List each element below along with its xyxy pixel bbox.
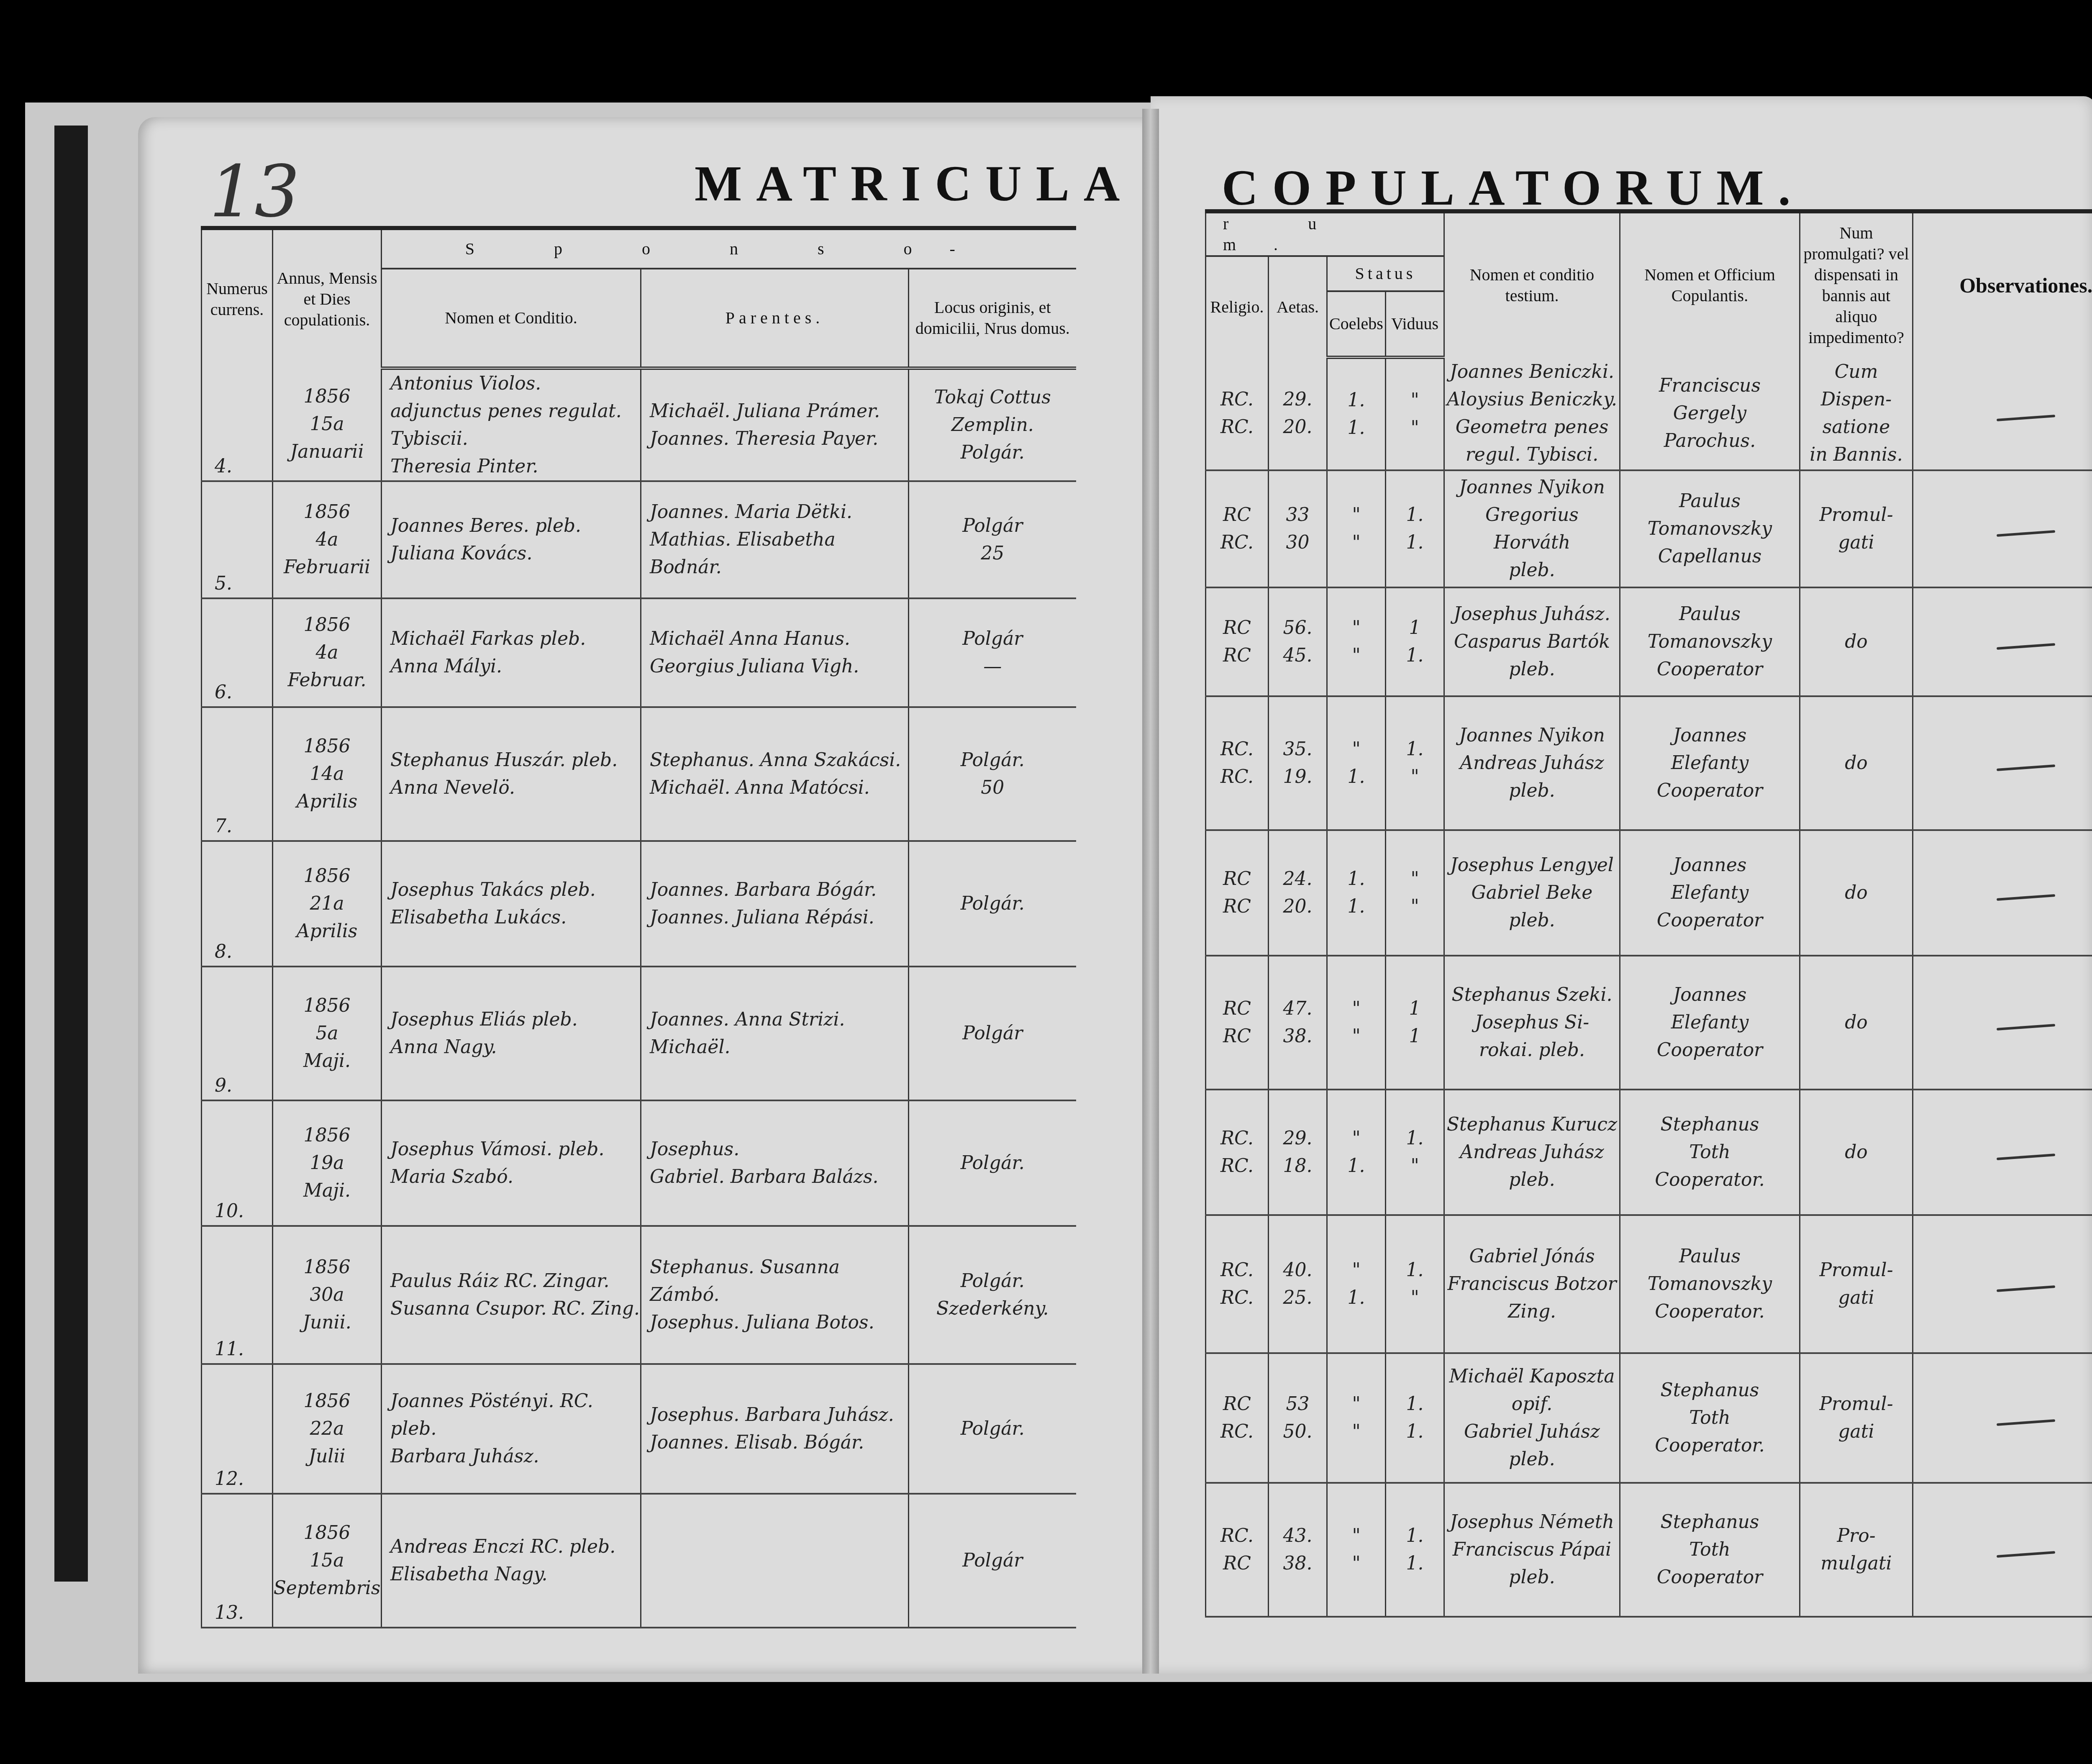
coelebs-line-stack: 1.1. xyxy=(1328,387,1385,442)
banns-line-stack: Pro-mulgati xyxy=(1800,1522,1912,1577)
witness-cell: Joannes Beniczki.Aloysius Beniczky.Geome… xyxy=(1444,357,1620,470)
officiant-line: Capellanus xyxy=(1620,543,1799,570)
table-row: RC.RC.35.19."1.1."Joannes NyikonAndreas … xyxy=(1206,696,2092,830)
table-row: RC.RC.29.20.1.1.""Joannes Beniczki.Aloys… xyxy=(1206,357,2092,470)
spouse-name: Stephanus Huszár. pleb. xyxy=(390,746,640,774)
banns-line-stack: do xyxy=(1800,1009,1912,1036)
col-header-date: Annus, Mensis et Dies copulationis. xyxy=(273,228,382,368)
register-table-right: r u m. Nomen et conditio testium. Nomen … xyxy=(1205,209,2092,1618)
parent-line: Michaël. Anna Matócsi. xyxy=(650,774,908,802)
coelebs-cell: "" xyxy=(1327,1483,1386,1617)
religio-line-stack: RCRC xyxy=(1206,995,1268,1050)
banns-line: do xyxy=(1800,879,1912,907)
spouse-name: Paulus Ráiz RC. Zingar. xyxy=(390,1267,640,1295)
age-line: 20. xyxy=(1269,413,1326,441)
locus-line-stack: Polgár xyxy=(909,1547,1076,1574)
date-part: 1856 xyxy=(273,862,381,890)
officiant-line-stack: JoannesElefantyCooperator xyxy=(1620,722,1799,805)
coelebs-line-stack: "" xyxy=(1328,501,1385,556)
parent-line: Joannes. Juliana Répási. xyxy=(650,904,908,931)
banns-cell: Promul-gati xyxy=(1800,1215,1913,1353)
banns-line: do xyxy=(1800,1009,1912,1036)
spouse-name-stack: Joannes Pöstényi. RC. pleb.Barbara Juhás… xyxy=(390,1387,640,1470)
col-header-locus: Locus originis, et domicilii, Nrus domus… xyxy=(909,269,1076,368)
spouse-name-stack: Andreas Enczi RC. pleb.Elisabetha Nagy. xyxy=(390,1533,640,1588)
parent-line-stack: Stephanus. Anna Szakácsi.Michaël. Anna M… xyxy=(650,746,908,802)
witness-line-stack: Josephus Juhász.Casparus Bartókpleb. xyxy=(1445,600,1619,683)
age-line: 35. xyxy=(1269,736,1326,763)
table-row: RC.RC.29.18."1.1."Stephanus KuruczAndrea… xyxy=(1206,1090,2092,1215)
coelebs-line: 1. xyxy=(1328,1152,1385,1180)
col-header-coelebs: Coelebs xyxy=(1327,291,1386,357)
coelebs-line: " xyxy=(1328,614,1385,642)
table-row: 5.18564aFebruariiJoannes Beres. pleb.Jul… xyxy=(202,481,1076,598)
observation-dash xyxy=(1997,1285,2055,1292)
locus-line: 50 xyxy=(909,774,1076,802)
religio-cell: RCRC xyxy=(1206,956,1269,1090)
age-cell: 24.20. xyxy=(1269,830,1327,956)
viduus-cell: 1.1. xyxy=(1386,1353,1444,1483)
officiant-line: Joannes xyxy=(1620,981,1799,1009)
col-header-testium: Nomen et conditio testium. xyxy=(1444,211,1620,357)
religio-line-stack: RCRC xyxy=(1206,865,1268,920)
viduus-line: 1. xyxy=(1386,642,1443,669)
col-header-status: Status xyxy=(1327,256,1444,291)
age-line-stack: 43.38. xyxy=(1269,1522,1326,1577)
religio-cell: RC.RC xyxy=(1206,1483,1269,1617)
group-header-rum: r u m. xyxy=(1206,211,1444,256)
locus-origin: Polgár xyxy=(909,967,1076,1100)
date-part: Januarii xyxy=(273,438,381,466)
date-part: Februar. xyxy=(273,667,381,694)
officiant-line-stack: StephanusTothCooperator xyxy=(1620,1508,1799,1591)
officiant-line: Cooperator xyxy=(1620,656,1799,683)
officiant-cell: FranciscusGergelyParochus. xyxy=(1620,357,1800,470)
witness-line: pleb. xyxy=(1445,907,1619,934)
spouse-name: Andreas Enczi RC. pleb. xyxy=(390,1533,640,1561)
viduus-line: 1. xyxy=(1386,736,1443,763)
spouse-name: Elisabetha Nagy. xyxy=(390,1561,640,1588)
locus-line: Szederkény. xyxy=(909,1295,1076,1323)
spouse-name: Josephus Vámosi. pleb. xyxy=(390,1136,640,1163)
date-part: 22a xyxy=(273,1415,381,1443)
spouse-name-stack: Antonius Violos.adjunctus penes regulat.… xyxy=(390,370,640,480)
observation-dash xyxy=(1997,415,2055,421)
religio-cell: RCRC. xyxy=(1206,470,1269,587)
spouse-name: Theresia Pinter. xyxy=(390,453,640,480)
coelebs-line: " xyxy=(1328,995,1385,1023)
date-part: Julii xyxy=(273,1443,381,1470)
age-line: 20. xyxy=(1269,893,1326,920)
banns-line: Pro- xyxy=(1800,1522,1912,1550)
banns-line: gati xyxy=(1800,529,1912,556)
parent-line: Stephanus. Anna Szakácsi. xyxy=(650,746,908,774)
date-part: 1856 xyxy=(273,1519,381,1547)
religio-line: RC. xyxy=(1206,1522,1268,1550)
age-line: 25. xyxy=(1269,1284,1326,1312)
officiant-cell: PaulusTomanovszkyCapellanus xyxy=(1620,470,1800,587)
table-row: 12.185622aJuliiJoannes Pöstényi. RC. ple… xyxy=(202,1364,1076,1494)
date-part: 15a xyxy=(273,1547,381,1574)
witness-line: Michaël Kaposzta xyxy=(1445,1363,1619,1390)
observation-dash xyxy=(1997,764,2055,771)
date-part: 19a xyxy=(273,1149,381,1177)
date-part: 1856 xyxy=(273,733,381,760)
officiant-line-stack: StephanusTothCooperator. xyxy=(1620,1111,1799,1194)
entry-number: 4. xyxy=(202,368,273,481)
parents: Joannes. Anna Strizi.Michaël. xyxy=(641,967,909,1100)
entry-number-text: 13. xyxy=(215,1602,244,1623)
marriage-date: 185614aAprilis xyxy=(273,707,382,841)
date-part-stack: 18564aFebruar. xyxy=(273,611,381,694)
observation-cell xyxy=(1913,830,2092,956)
witness-line: opif. xyxy=(1445,1390,1619,1418)
banns-line: Cum xyxy=(1800,358,1912,386)
entry-number-text: 11. xyxy=(215,1338,244,1360)
witness-cell: Michaël Kaposztaopif.Gabriel Juhászpleb. xyxy=(1444,1353,1620,1483)
parents: Joannes. Barbara Bógár.Joannes. Juliana … xyxy=(641,841,909,967)
spouse-name-stack: Michaël Farkas pleb.Anna Mályi. xyxy=(390,625,640,680)
viduus-line-stack: 1.1. xyxy=(1386,1522,1443,1577)
viduus-line-stack: "" xyxy=(1386,387,1443,442)
officiant-cell: StephanusTothCooperator. xyxy=(1620,1090,1800,1215)
entry-number: 12. xyxy=(202,1364,273,1494)
age-cell: 5350. xyxy=(1269,1353,1327,1483)
parent-line: Michaël. Juliana Prámer. xyxy=(650,397,908,425)
age-line: 56. xyxy=(1269,614,1326,642)
col-header-nomen: Nomen et Conditio. xyxy=(382,269,641,368)
viduus-line: 1. xyxy=(1386,1550,1443,1577)
banns-cell: do xyxy=(1800,1090,1913,1215)
religio-line: RC xyxy=(1206,893,1268,920)
spouse-names: Paulus Ráiz RC. Zingar.Susanna Csupor. R… xyxy=(382,1226,641,1364)
locus-origin: Tokaj Cottus Zemplin.Polgár. xyxy=(909,368,1076,481)
witness-line: Gabriel Juhász xyxy=(1445,1418,1619,1446)
witness-line: Stephanus Szeki. xyxy=(1445,981,1619,1009)
viduus-cell: 1." xyxy=(1386,696,1444,830)
table-row: RCRC24.20.1.1.""Josephus LengyelGabriel … xyxy=(1206,830,2092,956)
entry-number-text: 4. xyxy=(215,456,232,477)
officiant-cell: JoannesElefantyCooperator xyxy=(1620,956,1800,1090)
age-line: 38. xyxy=(1269,1550,1326,1577)
parent-line-stack: Stephanus. Susanna Zámbó.Josephus. Julia… xyxy=(650,1254,908,1336)
viduus-line: " xyxy=(1386,387,1443,414)
age-cell: 29.20. xyxy=(1269,357,1327,470)
parent-line: Michaël Anna Hanus. xyxy=(650,625,908,653)
observation-dash xyxy=(1997,1419,2055,1426)
religio-cell: RC.RC. xyxy=(1206,696,1269,830)
religio-cell: RCRC xyxy=(1206,830,1269,956)
religio-line-stack: RCRC. xyxy=(1206,501,1268,556)
banns-cell: do xyxy=(1800,587,1913,696)
officiant-cell: PaulusTomanovszkyCooperator xyxy=(1620,587,1800,696)
table-row: 9.18565aMaji.Josephus Eliás pleb.Anna Na… xyxy=(202,967,1076,1100)
age-line-stack: 47.38. xyxy=(1269,995,1326,1050)
age-line: 19. xyxy=(1269,763,1326,791)
parents xyxy=(641,1494,909,1628)
locus-line-stack: Polgár.50 xyxy=(909,746,1076,802)
observation-dash xyxy=(1997,894,2055,901)
spouse-names: Josephus Vámosi. pleb.Maria Szabó. xyxy=(382,1100,641,1226)
viduus-line-stack: "" xyxy=(1386,865,1443,920)
age-line: 50. xyxy=(1269,1418,1326,1446)
age-cell: 47.38. xyxy=(1269,956,1327,1090)
religio-line-stack: RC.RC. xyxy=(1206,1256,1268,1312)
coelebs-cell: "1. xyxy=(1327,696,1386,830)
religio-line: RC xyxy=(1206,995,1268,1023)
witness-line: Aloysius Beniczky. xyxy=(1445,386,1619,413)
date-part-stack: 185615aJanuarii xyxy=(273,383,381,466)
date-part-stack: 185615aSeptembris xyxy=(273,1519,381,1602)
locus-line-stack: Polgár. xyxy=(909,890,1076,918)
coelebs-line-stack: 1.1. xyxy=(1328,865,1385,920)
coelebs-line-stack: "" xyxy=(1328,995,1385,1050)
marriage-date: 185619aMaji. xyxy=(273,1100,382,1226)
spouse-names: Stephanus Huszár. pleb.Anna Nevelö. xyxy=(382,707,641,841)
religio-cell: RCRC. xyxy=(1206,1353,1269,1483)
locus-line: Polgár xyxy=(909,512,1076,540)
age-cell: 3330 xyxy=(1269,470,1327,587)
viduus-line: 1. xyxy=(1386,1522,1443,1550)
spouse-name-stack: Josephus Takács pleb.Elisabetha Lukács. xyxy=(390,876,640,931)
parent-line-stack: Josephus. Barbara Juhász.Joannes. Elisab… xyxy=(650,1401,908,1456)
viduus-cell: "" xyxy=(1386,357,1444,470)
date-part: 1856 xyxy=(273,1387,381,1415)
locus-line-stack: Polgár— xyxy=(909,625,1076,680)
locus-origin: Polgár.Szederkény. xyxy=(909,1226,1076,1364)
spouse-name: Josephus Takács pleb. xyxy=(390,876,640,904)
parent-line: Joannes. Maria Dëtki. xyxy=(650,498,908,526)
observation-dash xyxy=(1997,1024,2055,1031)
witness-line: Josephus Juhász. xyxy=(1445,600,1619,628)
witness-line-stack: Stephanus KuruczAndreas Juhászpleb. xyxy=(1445,1111,1619,1194)
date-part: 14a xyxy=(273,760,381,788)
viduus-cell: 1.1. xyxy=(1386,470,1444,587)
col-header-aetas: Aetas. xyxy=(1269,256,1327,357)
date-part: 1856 xyxy=(273,1254,381,1281)
parent-line: Gabriel. Barbara Balázs. xyxy=(650,1163,908,1191)
age-line-stack: 24.20. xyxy=(1269,865,1326,920)
locus-line: Polgár xyxy=(909,1547,1076,1574)
coelebs-line: " xyxy=(1328,642,1385,669)
coelebs-cell: 1.1. xyxy=(1327,357,1386,470)
parents: Michaël Anna Hanus.Georgius Juliana Vigh… xyxy=(641,598,909,707)
religio-line: RC. xyxy=(1206,1125,1268,1152)
scan-bottom-margin xyxy=(0,1682,2092,1764)
table-row: RCRC.3330""1.1.Joannes NyikonGregorius H… xyxy=(1206,470,2092,587)
table-row: 7.185614aAprilisStephanus Huszár. pleb.A… xyxy=(202,707,1076,841)
banns-line-stack: do xyxy=(1800,628,1912,656)
witness-line-stack: Joannes Beniczki.Aloysius Beniczky.Geome… xyxy=(1445,358,1619,469)
banns-line: gati xyxy=(1800,1418,1912,1446)
age-line: 45. xyxy=(1269,642,1326,669)
witness-line-stack: Josephus LengyelGabriel Bekepleb. xyxy=(1445,851,1619,934)
locus-origin: Polgár. xyxy=(909,1364,1076,1494)
viduus-cell: 1.1. xyxy=(1386,1483,1444,1617)
banns-line: Dispen- xyxy=(1800,386,1912,413)
banns-line: do xyxy=(1800,628,1912,656)
religio-line: RC. xyxy=(1206,1152,1268,1180)
coelebs-line: 1. xyxy=(1328,1284,1385,1312)
officiant-line: Stephanus xyxy=(1620,1111,1799,1138)
spouse-names: Joannes Beres. pleb.Juliana Kovács. xyxy=(382,481,641,598)
officiant-line: Cooperator. xyxy=(1620,1432,1799,1459)
spouse-name: Elisabetha Lukács. xyxy=(390,904,640,931)
viduus-line-stack: 1.1. xyxy=(1386,501,1443,556)
col-header-numerus: Numerus currens. xyxy=(202,228,273,368)
age-line-stack: 35.19. xyxy=(1269,736,1326,791)
table-row: 4.185615aJanuariiAntonius Violos.adjunct… xyxy=(202,368,1076,481)
religio-line: RC. xyxy=(1206,386,1268,413)
officiant-line-stack: PaulusTomanovszkyCooperator xyxy=(1620,600,1799,683)
col-header-parentes: Parentes. xyxy=(641,269,909,368)
date-part: 21a xyxy=(273,890,381,918)
viduus-line: 1. xyxy=(1386,529,1443,556)
viduus-line: 1. xyxy=(1386,501,1443,529)
entry-number-text: 10. xyxy=(215,1200,244,1222)
entry-number-text: 8. xyxy=(215,941,232,962)
witness-line: Zing. xyxy=(1445,1298,1619,1326)
date-part: Junii. xyxy=(273,1309,381,1336)
witness-line: Josephus Lengyel xyxy=(1445,851,1619,879)
viduus-line: 1 xyxy=(1386,1023,1443,1050)
observation-dash xyxy=(1997,530,2055,537)
date-part: Aprilis xyxy=(273,918,381,945)
coelebs-cell: 1.1. xyxy=(1327,830,1386,956)
coelebs-line-stack: "" xyxy=(1328,1522,1385,1577)
age-line: 24. xyxy=(1269,865,1326,893)
spouse-name-stack: Paulus Ráiz RC. Zingar.Susanna Csupor. R… xyxy=(390,1267,640,1323)
date-part-stack: 185619aMaji. xyxy=(273,1122,381,1205)
entry-number-text: 6. xyxy=(215,682,232,703)
witness-line-stack: Stephanus Szeki.Josephus Si-rokai. pleb. xyxy=(1445,981,1619,1064)
coelebs-cell: "" xyxy=(1327,956,1386,1090)
officiant-line-stack: JoannesElefantyCooperator xyxy=(1620,851,1799,934)
date-part: 1856 xyxy=(273,498,381,526)
parent-line: Stephanus. Susanna Zámbó. xyxy=(650,1254,908,1309)
banns-line-stack: do xyxy=(1800,1138,1912,1166)
table-row: 13.185615aSeptembrisAndreas Enczi RC. pl… xyxy=(202,1494,1076,1628)
date-part: 30a xyxy=(273,1281,381,1309)
observation-cell xyxy=(1913,956,2092,1090)
col-header-religio: Religio. xyxy=(1206,256,1269,357)
coelebs-line-stack: "" xyxy=(1328,1390,1385,1446)
officiant-line: Joannes xyxy=(1620,851,1799,879)
officiant-line: Tomanovszky xyxy=(1620,628,1799,656)
viduus-line: " xyxy=(1386,1284,1443,1312)
spouse-name: Antonius Violos. xyxy=(390,370,640,397)
witness-line: pleb. xyxy=(1445,556,1619,584)
age-line-stack: 3330 xyxy=(1269,501,1326,556)
religio-cell: RC.RC. xyxy=(1206,1090,1269,1215)
spouse-names: Antonius Violos.adjunctus penes regulat.… xyxy=(382,368,641,481)
viduus-line-stack: 1." xyxy=(1386,1125,1443,1180)
locus-line-stack: Polgár xyxy=(909,1020,1076,1047)
spouse-name: Josephus Eliás pleb. xyxy=(390,1006,640,1033)
officiant-line: Toth xyxy=(1620,1138,1799,1166)
book-gutter xyxy=(1142,109,1159,1674)
viduus-cell: 1." xyxy=(1386,1090,1444,1215)
witness-cell: Josephus LengyelGabriel Bekepleb. xyxy=(1444,830,1620,956)
viduus-line: 1. xyxy=(1386,1418,1443,1446)
banns-line-stack: do xyxy=(1800,879,1912,907)
religio-line: RC. xyxy=(1206,763,1268,791)
witness-line: Joannes Beniczki. xyxy=(1445,358,1619,386)
coelebs-cell: "" xyxy=(1327,587,1386,696)
locus-origin: Polgár.50 xyxy=(909,707,1076,841)
parent-line: Georgius Juliana Vigh. xyxy=(650,653,908,680)
parent-line-stack: Michaël. Juliana Prámer.Joannes. Theresi… xyxy=(650,397,908,453)
spouse-name-stack: Stephanus Huszár. pleb.Anna Nevelö. xyxy=(390,746,640,802)
col-header-viduus: Viduus xyxy=(1386,291,1444,357)
date-part: Maji. xyxy=(273,1177,381,1205)
age-line: 38. xyxy=(1269,1023,1326,1050)
religio-cell: RC.RC. xyxy=(1206,357,1269,470)
witness-line: Andreas Juhász xyxy=(1445,749,1619,777)
witness-line: Stephanus Kurucz xyxy=(1445,1111,1619,1138)
age-line: 53 xyxy=(1269,1390,1326,1418)
age-line-stack: 29.20. xyxy=(1269,386,1326,441)
entry-number: 10. xyxy=(202,1100,273,1226)
age-line: 30 xyxy=(1269,529,1326,556)
witness-line: Franciscus Pápai xyxy=(1445,1536,1619,1564)
page-number: 13 xyxy=(209,151,300,233)
spouse-name: Joannes Pöstényi. RC. pleb. xyxy=(390,1387,640,1443)
date-part-stack: 18564aFebruarii xyxy=(273,498,381,581)
viduus-cell: "" xyxy=(1386,830,1444,956)
entry-number: 6. xyxy=(202,598,273,707)
spouse-name-stack: Joannes Beres. pleb.Juliana Kovács. xyxy=(390,512,640,567)
parent-line-stack: Michaël Anna Hanus.Georgius Juliana Vigh… xyxy=(650,625,908,680)
officiant-line: Stephanus xyxy=(1620,1508,1799,1536)
age-cell: 29.18. xyxy=(1269,1090,1327,1215)
officiant-line: Elefanty xyxy=(1620,749,1799,777)
coelebs-line: 1. xyxy=(1328,414,1385,442)
date-part: 1856 xyxy=(273,611,381,639)
parent-line-stack: Joannes. Anna Strizi.Michaël. xyxy=(650,1006,908,1061)
observation-cell xyxy=(1913,470,2092,587)
age-cell: 56.45. xyxy=(1269,587,1327,696)
parent-line: Joannes. Elisab. Bógár. xyxy=(650,1429,908,1456)
witness-line-stack: Joannes NyikonAndreas Juhászpleb. xyxy=(1445,722,1619,805)
coelebs-line: 1. xyxy=(1328,893,1385,920)
viduus-line-stack: 11. xyxy=(1386,614,1443,669)
spouse-name: Anna Mályi. xyxy=(390,653,640,680)
religio-cell: RC.RC. xyxy=(1206,1215,1269,1353)
religio-line: RC. xyxy=(1206,529,1268,556)
locus-line-stack: Polgár.Szederkény. xyxy=(909,1267,1076,1323)
viduus-cell: 1." xyxy=(1386,1215,1444,1353)
table-row: RCRC47.38.""11Stephanus Szeki.Josephus S… xyxy=(1206,956,2092,1090)
officiant-line: Paulus xyxy=(1620,600,1799,628)
date-part: 5a xyxy=(273,1020,381,1047)
observation-cell xyxy=(1913,1483,2092,1617)
date-part: 1856 xyxy=(273,1122,381,1149)
marriage-date: 18564aFebruar. xyxy=(273,598,382,707)
spouse-name: Juliana Kovács. xyxy=(390,540,640,567)
coelebs-cell: "1. xyxy=(1327,1090,1386,1215)
title-matricula: MATRICULA xyxy=(695,155,1134,213)
officiant-line: Paulus xyxy=(1620,487,1799,515)
witness-line: Casparus Bartók xyxy=(1445,628,1619,656)
locus-line: Polgár. xyxy=(909,439,1076,467)
parent-line-stack: Joannes. Barbara Bógár.Joannes. Juliana … xyxy=(650,876,908,931)
banns-cell: do xyxy=(1800,696,1913,830)
banns-cell: Promul-gati xyxy=(1800,1353,1913,1483)
religio-line-stack: RC.RC xyxy=(1206,1522,1268,1577)
table-row: 10.185619aMaji.Josephus Vámosi. pleb.Mar… xyxy=(202,1100,1076,1226)
spouse-name-stack: Josephus Eliás pleb.Anna Nagy. xyxy=(390,1006,640,1061)
